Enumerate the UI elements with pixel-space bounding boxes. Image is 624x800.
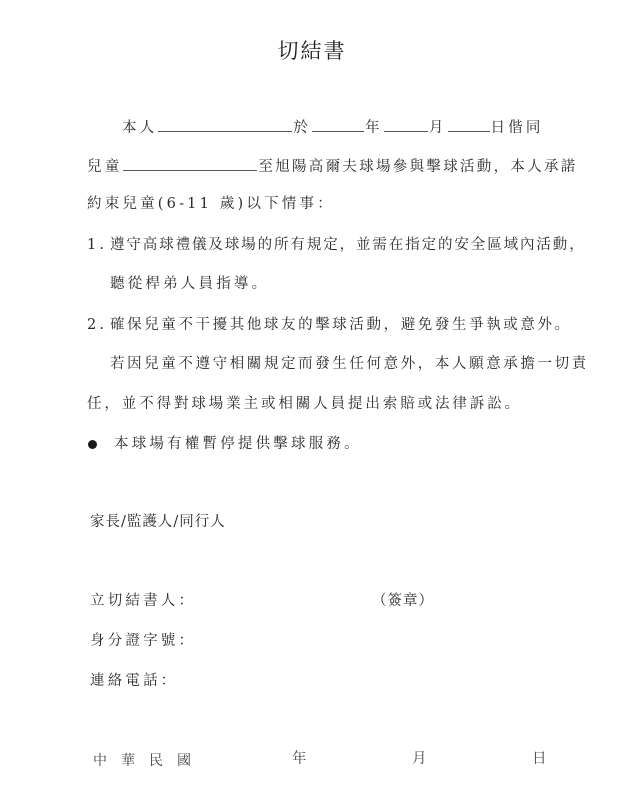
item-1-line-1: 遵守高球禮儀及球場的所有規定，並需在指定的安全區域內活動， — [110, 236, 586, 254]
phone-label: 連絡電話： — [90, 672, 179, 690]
year-label: 年 — [365, 120, 383, 136]
item-2-number: 2. — [87, 316, 107, 334]
name-blank[interactable] — [158, 117, 292, 132]
bullet-note: 本球場有權暫停提供擊球服務。 — [114, 435, 362, 453]
date-day: 日 — [532, 750, 550, 768]
self-label: 本人 — [122, 120, 157, 136]
liability-line-1: 若因兒童不遵守相關規定而發生任何意外，本人願意承擔一切責 — [110, 355, 589, 373]
child-label: 兒童 — [87, 159, 122, 175]
document-title: 切結書 — [0, 35, 624, 65]
date-year: 年 — [292, 750, 310, 768]
item-1-line-2: 聽從桿弟人員指導。 — [110, 275, 269, 293]
month-label: 月 — [429, 120, 447, 136]
child-name-blank[interactable] — [123, 156, 257, 171]
guardian-label: 家長/監護人/同行人 — [90, 513, 226, 531]
at-label: 於 — [293, 120, 311, 136]
intro-line-2-text: 至旭陽高爾夫球場參與擊球活動，本人承諾 — [258, 159, 577, 175]
month-blank[interactable] — [384, 117, 428, 132]
intro-line-3: 約束兒童(6-11 歲)以下情事： — [87, 195, 335, 213]
liability-line-2: 任，並不得對球場業主或相關人員提出索賠或法律訴訟。 — [87, 395, 522, 413]
intro-line-1: 本人於年月日偕同 — [122, 117, 544, 137]
day-accompany-label: 日偕同 — [491, 120, 544, 136]
id-number-label: 身分證字號： — [90, 632, 196, 650]
bullet-icon — [88, 440, 97, 449]
day-blank[interactable] — [448, 117, 490, 132]
signatory-label: 立切結書人： — [90, 592, 196, 610]
signature-note: （簽章） — [372, 592, 434, 610]
item-2-line-1: 確保兒童不干擾其他球友的擊球活動，避免發生爭執或意外。 — [110, 316, 572, 334]
intro-line-2: 兒童至旭陽高爾夫球場參與擊球活動，本人承諾 — [87, 156, 578, 176]
date-era: 中華民國 — [93, 750, 205, 770]
year-blank[interactable] — [312, 117, 364, 132]
item-1-number: 1. — [87, 236, 107, 254]
date-month: 月 — [412, 750, 430, 768]
